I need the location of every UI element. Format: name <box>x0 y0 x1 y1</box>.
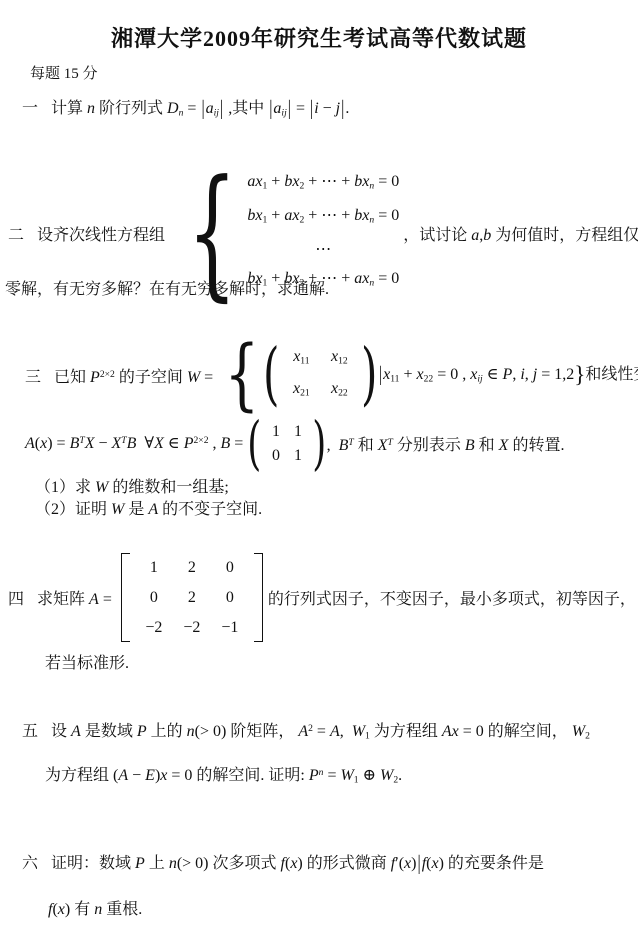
problem-4-question: 的行列式因子，不变因子，最小多项式，初等因子， <box>268 586 636 609</box>
problem-5-continued: 为方程组 (A − E)x = 0 的解空间. 证明: Pn = W1 ⊕ W2… <box>45 762 402 786</box>
page-title: 湘潭大学2009年研究生考试高等代数试题 <box>0 22 638 53</box>
problem-6-number: 六 <box>22 855 38 872</box>
matrix-b-cell-21: 0 <box>272 446 280 465</box>
problem-3: 三 已知 P2×2 的子空间 W = { ( x11 x12 x21 x22 )… <box>25 336 638 414</box>
problem-2-number: 二 <box>8 222 24 245</box>
matrix-b-cell-11: 1 <box>272 422 280 441</box>
problem-3-part-1: （1）求 W 的维数和一组基; <box>35 474 229 497</box>
problem-5: 五设 A 是数域 P 上的 n(> 0) 阶矩阵， A2 = A, W1 为方程… <box>22 718 590 742</box>
matrix-a-cell: 2 <box>188 557 196 578</box>
equation-row-2: bx1 + ax2 + ⋯ + bxn = 0 <box>247 205 399 232</box>
problem-4-lead: 求矩阵 A = <box>37 586 116 609</box>
matrix-w-grid: x11 x12 x21 x22 <box>279 345 361 405</box>
problem-4: 四 求矩阵 A = 1 2 0 0 2 0 −2 −2 −1 的行列式因子，不变… <box>8 553 636 642</box>
problem-3-part-2: （2）证明 W 是 A 的不变子空间. <box>35 496 262 519</box>
matrix-w: ( x11 x12 x21 x22 ) <box>263 341 378 409</box>
matrix-a-cell: 0 <box>226 587 234 608</box>
problem-6-continued: f(x) 有 n 重根. <box>48 896 142 919</box>
matrix-b-grid: 1 1 0 1 <box>262 420 312 467</box>
problem-5-text: 设 A 是数域 P 上的 n(> 0) 阶矩阵， A2 = A, W1 为方程组… <box>51 723 590 740</box>
right-paren: ) <box>312 414 326 472</box>
problem-3-condition: |x11 + x22 = 0 , xij ∈ P, i, j = 1,2}和线性… <box>378 361 638 389</box>
left-paren: ( <box>263 341 279 409</box>
matrix-w-cell-21: x21 <box>293 379 310 404</box>
left-bracket <box>121 553 130 642</box>
problem-2-continued: 零解，有无穷多解？在有无穷多解时，求通解. <box>5 276 329 299</box>
matrix-a-cell: 0 <box>150 587 158 608</box>
problem-5-number: 五 <box>22 723 38 740</box>
matrix-b-cell-12: 1 <box>294 422 302 441</box>
matrix-a: 1 2 0 0 2 0 −2 −2 −1 <box>121 553 263 642</box>
matrix-a-cell: 0 <box>226 557 234 578</box>
matrix-w-cell-12: x12 <box>331 347 348 372</box>
problem-3-number: 三 <box>25 364 41 387</box>
right-bracket <box>254 553 263 642</box>
transform-definition: A(x) = BTX − XTB ∀X ∈ P2×2 , B = <box>25 433 247 453</box>
equation-row-1: ax1 + bx2 + ⋯ + bxn = 0 <box>247 171 399 198</box>
problem-1: 一计算 n 阶行列式 Dn = |aij| ,其中 |aij| = |i − j… <box>22 95 349 119</box>
problem-2-lead: 设齐次线性方程组 <box>37 222 165 245</box>
problem-3-lead: 已知 P2×2 的子空间 W = <box>54 364 217 387</box>
problem-1-text: 计算 n 阶行列式 Dn = |aij| ,其中 |aij| = |i − j|… <box>51 100 349 117</box>
matrix-b-cell-22: 1 <box>294 446 302 465</box>
equation-row-ellipsis: ⋯ <box>247 239 399 261</box>
matrix-a-cell: 2 <box>188 587 196 608</box>
matrix-a-cell: −2 <box>183 617 200 638</box>
transpose-note: , BT 和 XT 分别表示 B 和 X 的转置. <box>327 432 565 455</box>
problem-4-continued: 若当标准形. <box>45 650 129 673</box>
matrix-a-cell: −2 <box>145 617 162 638</box>
problem-6: 六证明：数域 P 上 n(> 0) 次多项式 f(x) 的形式微商 f′(x)|… <box>22 850 544 873</box>
matrix-a-cell: 1 <box>150 557 158 578</box>
right-paren: ) <box>361 341 377 409</box>
problem-1-number: 一 <box>22 100 38 117</box>
problem-3-transform: A(x) = BTX − XTB ∀X ∈ P2×2 , B = ( 1 1 0… <box>25 414 564 472</box>
points-note: 每题 15 分 <box>30 62 98 83</box>
matrix-w-cell-11: x11 <box>293 347 309 372</box>
matrix-a-cell: −1 <box>221 617 238 638</box>
problem-2-question: ，试讨论 a,b 为何值时，方程组仅有 <box>403 222 638 245</box>
problem-4-number: 四 <box>8 586 24 609</box>
matrix-a-grid: 1 2 0 0 2 0 −2 −2 −1 <box>130 553 254 642</box>
exam-document: 湘潭大学2009年研究生考试高等代数试题 每题 15 分 一计算 n 阶行列式 … <box>0 0 638 950</box>
left-paren: ( <box>248 414 262 472</box>
matrix-b: ( 1 1 0 1 ) <box>247 414 326 472</box>
set-left-brace: { <box>225 336 260 414</box>
problem-6-text: 证明：数域 P 上 n(> 0) 次多项式 f(x) 的形式微商 f′(x)|f… <box>51 855 544 872</box>
matrix-w-cell-22: x22 <box>331 379 348 404</box>
